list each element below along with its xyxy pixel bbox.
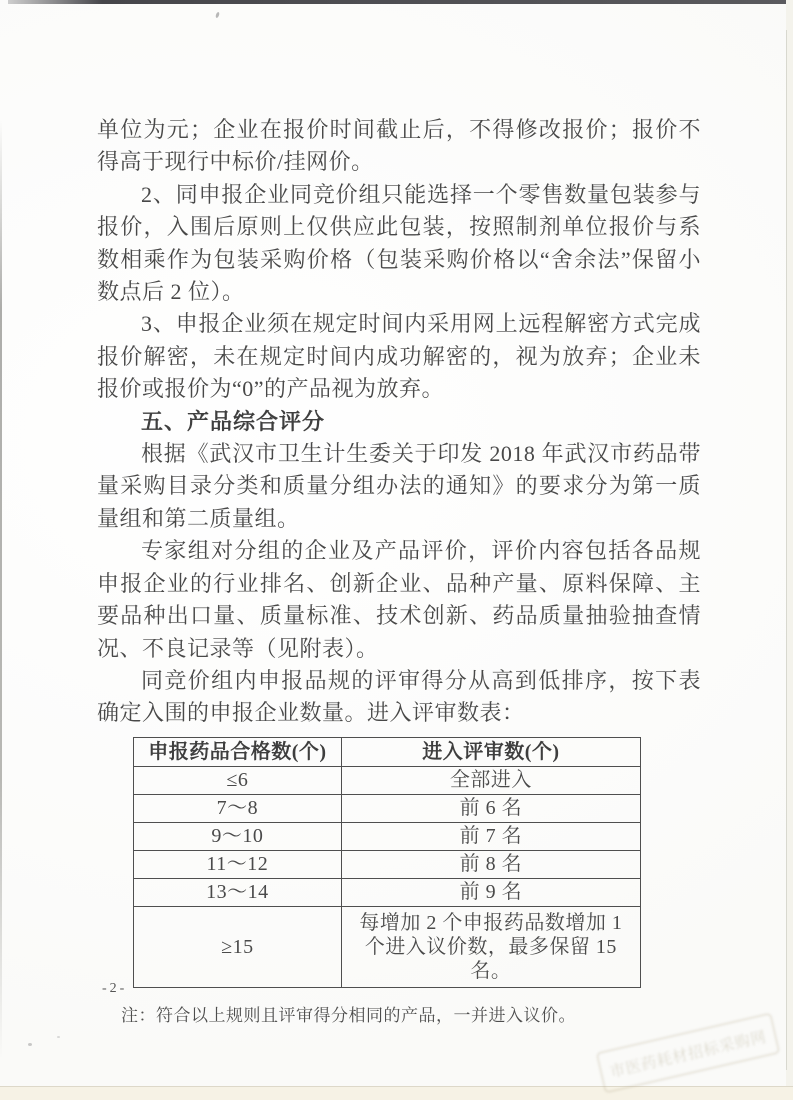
document-body: 单位为元；企业在报价时间截止后，不得修改报价；报价不得高于现行中标价/挂网价。2… (97, 114, 701, 1026)
table-cell: 13～14 (134, 878, 342, 906)
table-cell: 前 7 名 (341, 822, 640, 850)
table-cell: 前 8 名 (341, 850, 640, 878)
table-cell: ≤6 (134, 766, 342, 794)
table-row: 11～12前 8 名 (134, 850, 641, 878)
table-cell: 7～8 (134, 794, 342, 822)
table-row: ≤6全部进入 (134, 766, 641, 794)
paragraph-list: 单位为元；企业在报价时间截止后，不得修改报价；报价不得高于现行中标价/挂网价。2… (97, 114, 701, 730)
review-count-table: 申报药品合格数(个) 进入评审数(个) ≤6全部进入7～8前 6 名9～10前 … (133, 737, 641, 988)
table-cell: 11～12 (134, 850, 342, 878)
table-cell: 每增加 2 个申报药品数增加 1 个进入议价数，最多保留 15 名。 (341, 906, 640, 987)
table-footnote: 注：符合以上规则且评审得分相同的产品，一并进入议价。 (121, 1001, 701, 1026)
body-paragraph: 专家组对分组的企业及产品评价，评价内容包括各品规申报企业的行业排名、创新企业、品… (97, 535, 701, 665)
body-paragraph: 根据《武汉市卫生计生委关于印发 2018 年武汉市药品带量采购目录分类和质量分组… (97, 438, 701, 535)
table-cell: ≥15 (134, 906, 342, 987)
scanned-document-page: 单位为元；企业在报价时间截止后，不得修改报价；报价不得高于现行中标价/挂网价。2… (0, 0, 793, 1100)
body-paragraph: 同竞价组内申报品规的评审得分从高到低排序，按下表确定入围的申报企业数量。进入评审… (97, 665, 701, 730)
scan-edge-top (8, 0, 793, 4)
body-paragraph: 3、申报企业须在规定时间内采用网上远程解密方式完成报价解密，未在规定时间内成功解… (97, 308, 701, 405)
scan-speck (57, 1036, 60, 1038)
table-cell: 9～10 (134, 822, 342, 850)
scan-edge-right (786, 0, 793, 1100)
scan-speck (215, 12, 220, 19)
table-row: ≥15每增加 2 个申报药品数增加 1 个进入议价数，最多保留 15 名。 (134, 906, 641, 987)
scan-speck (28, 1043, 32, 1046)
body-paragraph: 2、同申报企业同竞价组只能选择一个零售数量包装参与报价，入围后原则上仅供应此包装… (97, 179, 701, 309)
table-cell: 前 6 名 (341, 794, 640, 822)
scan-edge-left (0, 120, 2, 1060)
page-number: -2- (102, 981, 127, 997)
scan-edge-bottom (0, 1086, 793, 1100)
table-header-review-count: 进入评审数(个) (341, 737, 640, 766)
table-cell: 全部进入 (341, 766, 640, 794)
table-header-qualified-count: 申报药品合格数(个) (134, 737, 342, 766)
section-heading: 五、产品综合评分 (97, 406, 701, 438)
table-header-row: 申报药品合格数(个) 进入评审数(个) (134, 737, 641, 766)
table-row: 13～14前 9 名 (134, 878, 641, 906)
table-row: 9～10前 7 名 (134, 822, 641, 850)
watermark-text: 市医药耗材招标采购网 (608, 1025, 769, 1081)
scan-edge-right-line (786, 30, 787, 1070)
table-row: 7～8前 6 名 (134, 794, 641, 822)
body-paragraph: 单位为元；企业在报价时间截止后，不得修改报价；报价不得高于现行中标价/挂网价。 (97, 114, 701, 179)
table-cell: 前 9 名 (341, 878, 640, 906)
